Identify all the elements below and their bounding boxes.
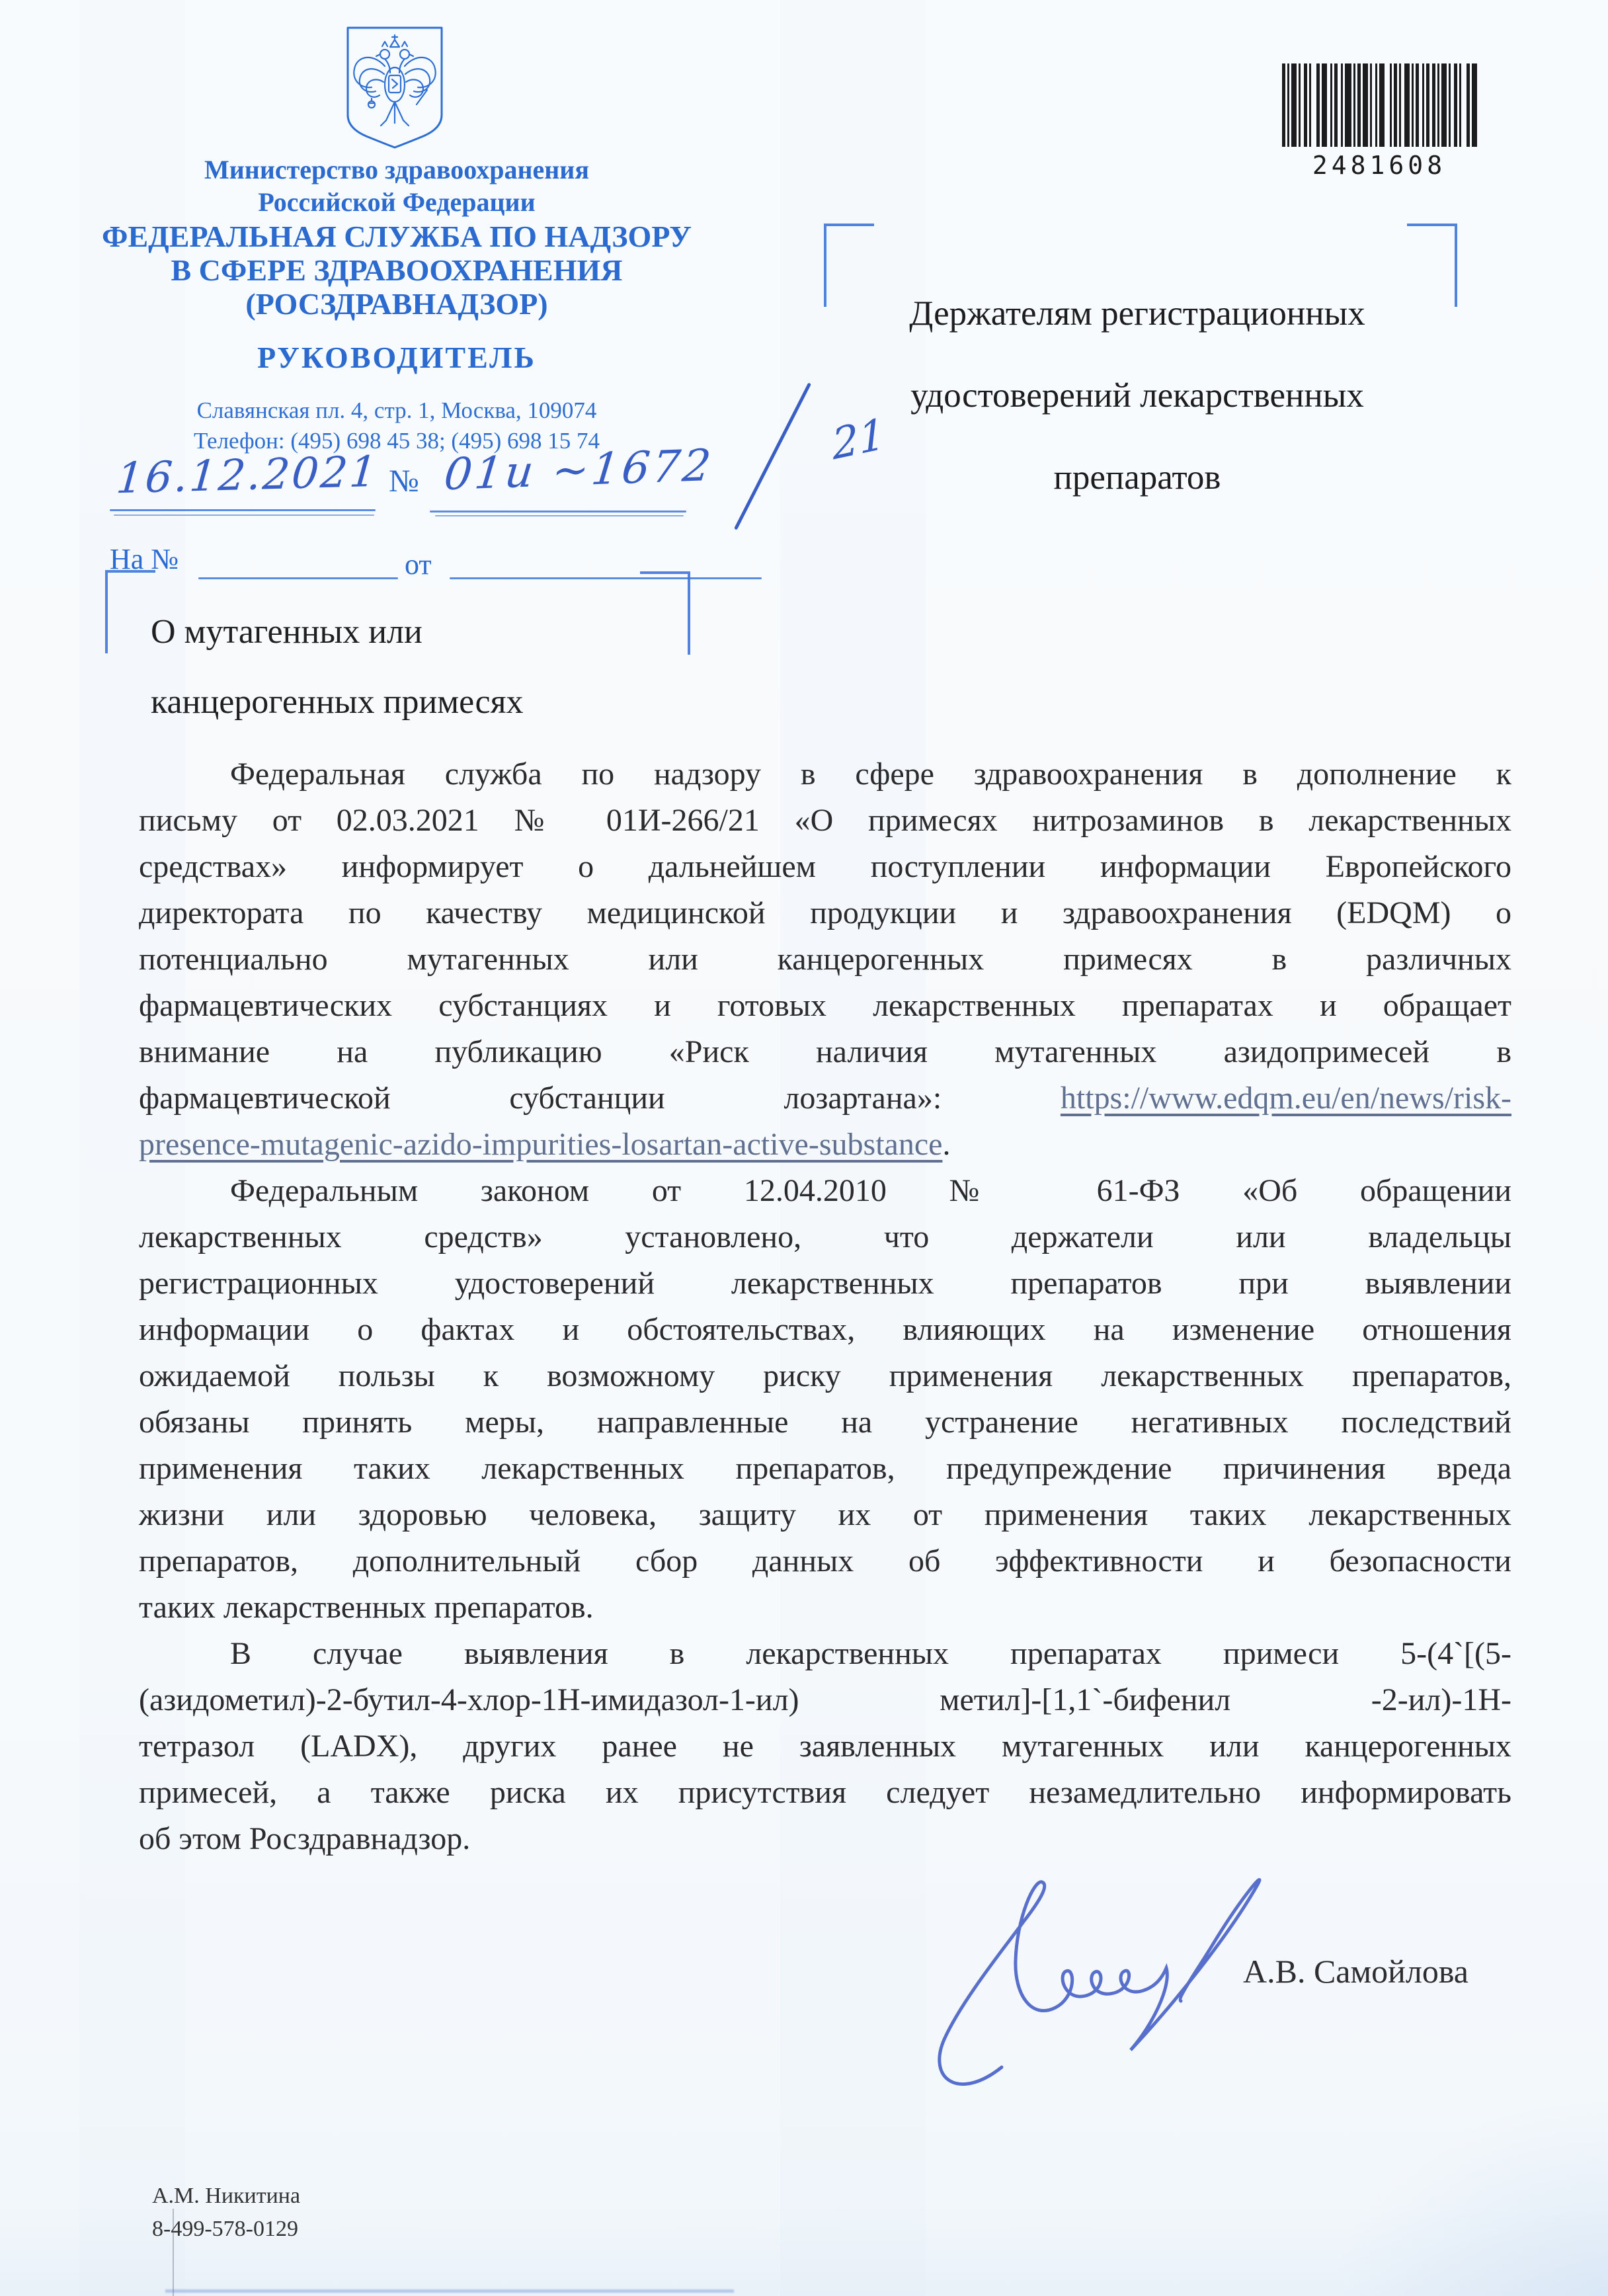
handwritten-date: 16.12.2021 bbox=[114, 448, 380, 504]
body-line: В случае выявления в лекарственных препа… bbox=[139, 1631, 1511, 1677]
body-line: ожидаемой пользы к возможному риску прим… bbox=[139, 1353, 1511, 1399]
coat-of-arms-icon bbox=[342, 24, 447, 151]
body-line: примесей, а также риска их присутствия с… bbox=[139, 1770, 1511, 1816]
executor-block: А.М. Никитина 8-499-578-0129 bbox=[152, 2180, 300, 2246]
subject-block: О мутагенных или канцерогенных примесях bbox=[151, 597, 693, 737]
signature-icon bbox=[912, 1869, 1269, 2098]
number-underline bbox=[430, 511, 686, 512]
body-line: тетразол (LADX), других ранее не заявлен… bbox=[139, 1723, 1511, 1770]
service-name-line3: (РОСЗДРАВНАДЗОР) bbox=[99, 287, 694, 321]
body-text-run: фармацевтической субстанции лозартана»: bbox=[139, 1081, 942, 1116]
body-line: фармацевтической субстанции лозартана»: … bbox=[139, 1075, 1511, 1122]
body-line: таких лекарственных препаратов. bbox=[139, 1584, 1511, 1631]
body-line: об этом Росздравнадзор. bbox=[139, 1816, 1511, 1862]
body-line: средствах» информирует о дальнейшем пост… bbox=[139, 844, 1511, 890]
edqm-link[interactable]: https://www.edqm.eu/en/news/risk- bbox=[1061, 1081, 1511, 1116]
body-line: потенциально мутагенных или канцерогенны… bbox=[139, 936, 1511, 983]
scanned-letter-page: Министерство здравоохранения Российской … bbox=[0, 0, 1608, 2296]
signer-name: А.В. Самойлова bbox=[1243, 1952, 1534, 1990]
body-line: Федеральная служба по надзору в сфере зд… bbox=[139, 751, 1511, 798]
body-line: жизни или здоровью человека, защиту их о… bbox=[139, 1492, 1511, 1538]
body-line: (азидометил)-2-бутил-4-хлор-1Н-имидазол-… bbox=[139, 1677, 1511, 1723]
body-text: Федеральная служба по надзору в сфере зд… bbox=[139, 751, 1511, 1862]
body-line: регистрационных удостоверений лекарствен… bbox=[139, 1260, 1511, 1307]
number-sign: № bbox=[389, 463, 419, 499]
service-name-line1: ФЕДЕРАЛЬНАЯ СЛУЖБА ПО НАДЗОРУ bbox=[99, 220, 694, 253]
reply-number-line bbox=[198, 577, 398, 579]
executor-phone: 8-499-578-0129 bbox=[152, 2213, 300, 2246]
subject-line: О мутагенных или bbox=[151, 597, 693, 667]
body-line: препаратов, дополнительный сбор данных о… bbox=[139, 1538, 1511, 1584]
body-line: письму от 02.03.2021 № 01И-266/21 «О при… bbox=[139, 798, 1511, 844]
handwritten-number: 01и ~1672 bbox=[442, 440, 716, 501]
body-text-run: . bbox=[942, 1127, 950, 1162]
scan-artifact-streak bbox=[165, 2289, 734, 2293]
barcode bbox=[1281, 63, 1478, 147]
body-line: Федеральным законом от 12.04.2010 № 61-Ф… bbox=[139, 1168, 1511, 1214]
date-underline bbox=[110, 509, 376, 511]
executor-name: А.М. Никитина bbox=[152, 2180, 300, 2213]
ministry-name-line1: Министерство здравоохранения bbox=[99, 153, 694, 186]
date-underline-ghost bbox=[114, 514, 374, 516]
addressee-block: Держателям регистрационных удостоверений… bbox=[820, 272, 1455, 518]
ministry-name-line2: Российской Федерации bbox=[99, 186, 694, 218]
body-line: presence-mutagenic-azido-impurities-losa… bbox=[139, 1122, 1511, 1168]
reply-from-label: от bbox=[405, 548, 432, 581]
body-line: обязаны принять меры, направленные на ус… bbox=[139, 1399, 1511, 1446]
subject-corner-left-icon bbox=[105, 570, 155, 653]
addressee-line: препаратов bbox=[820, 436, 1455, 518]
letterhead-address: Славянская пл. 4, стр. 1, Москва, 109074 bbox=[99, 395, 694, 426]
body-line: директората по качеству медицинской прод… bbox=[139, 890, 1511, 936]
number-underline-ghost bbox=[435, 515, 684, 516]
scan-wash bbox=[1330, 2098, 1608, 2296]
body-line: лекарственных средств» установлено, что … bbox=[139, 1214, 1511, 1260]
addressee-line: Держателям регистрационных bbox=[820, 272, 1455, 354]
body-line: информации о фактах и обстоятельствах, в… bbox=[139, 1307, 1511, 1353]
body-line: фармацевтических субстанциях и готовых л… bbox=[139, 983, 1511, 1029]
role-title: РУКОВОДИТЕЛЬ bbox=[99, 340, 694, 375]
reply-date-line bbox=[450, 577, 762, 579]
body-line: применения таких лекарственных препарато… bbox=[139, 1446, 1511, 1492]
subject-line: канцерогенных примесях bbox=[151, 667, 693, 737]
service-name-line2: В СФЕРЕ ЗДРАВООХРАНЕНИЯ bbox=[99, 253, 694, 287]
body-line: внимание на публикацию «Риск наличия мут… bbox=[139, 1029, 1511, 1075]
scan-artifact-line bbox=[173, 2209, 174, 2296]
edqm-link[interactable]: presence-mutagenic-azido-impurities-losa… bbox=[139, 1127, 942, 1162]
barcode-number: 2481608 bbox=[1281, 151, 1478, 180]
addressee-line: удостоверений лекарственных bbox=[820, 354, 1455, 436]
